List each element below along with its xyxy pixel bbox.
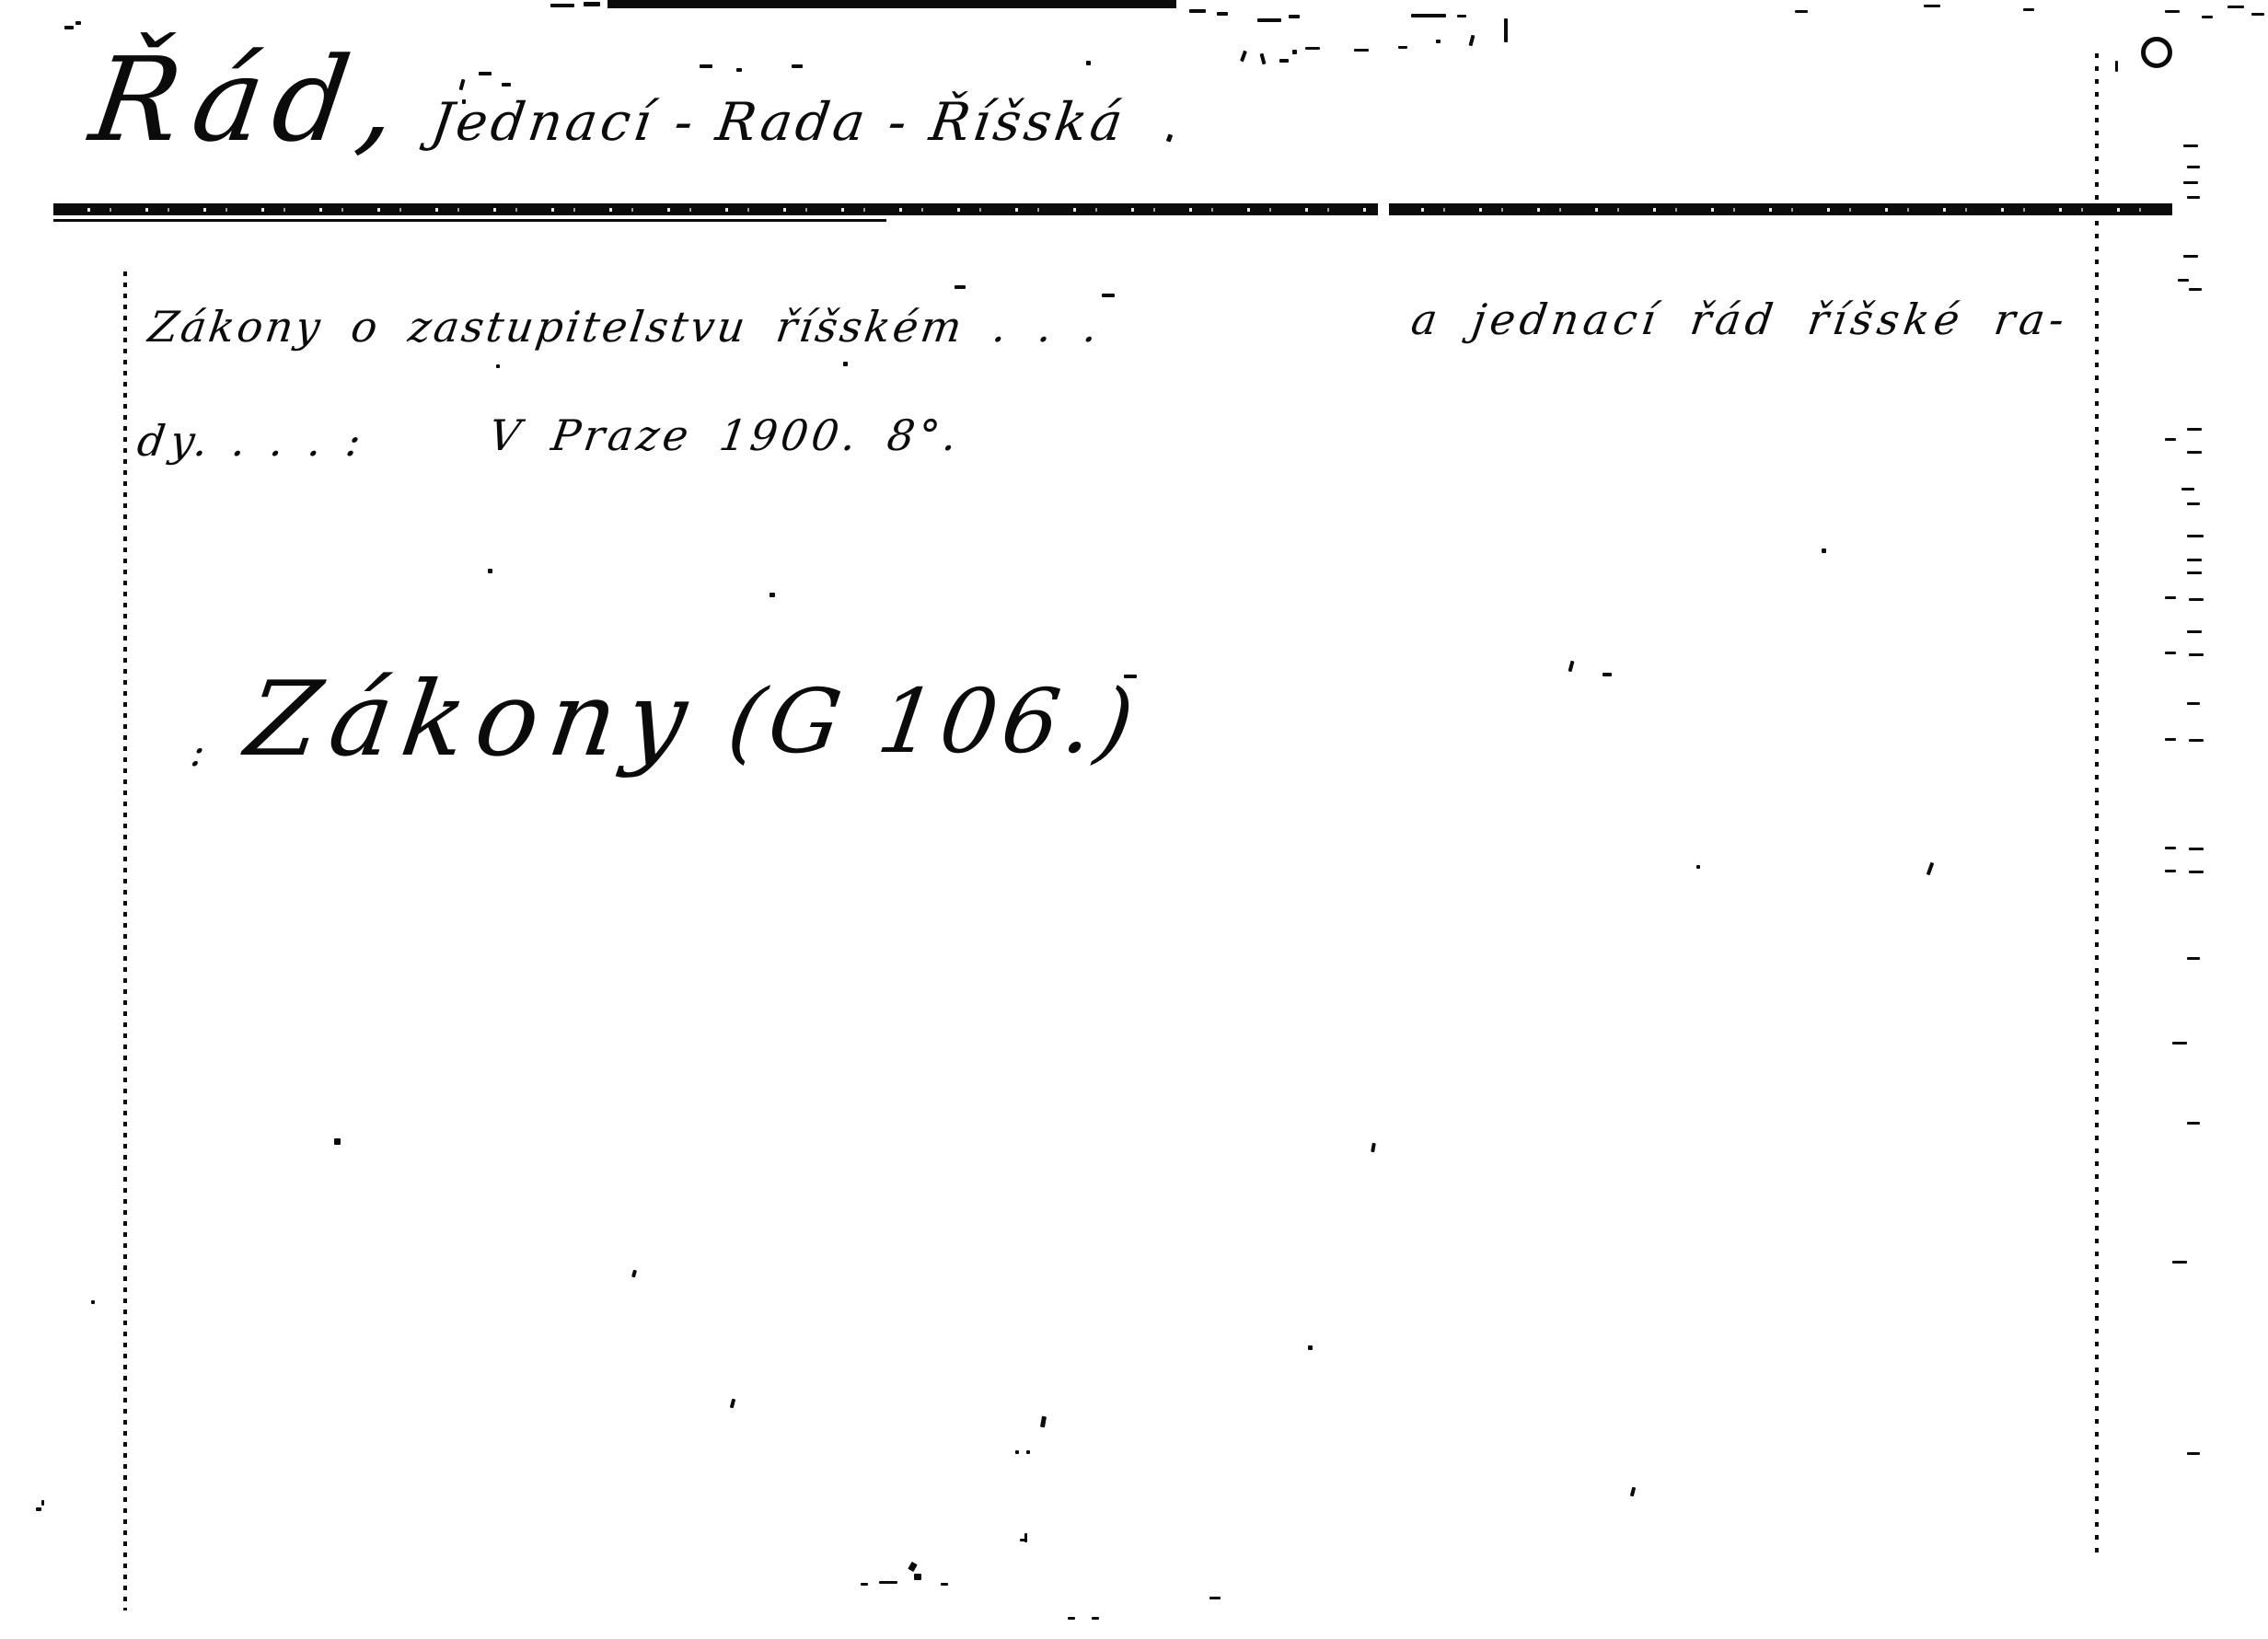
right-dotted-rule bbox=[2095, 53, 2099, 1557]
speck bbox=[2189, 598, 2204, 601]
speck bbox=[1040, 1416, 1047, 1428]
speck bbox=[2178, 279, 2189, 282]
speck bbox=[488, 569, 492, 573]
speck bbox=[2189, 871, 2204, 873]
heading-term: Řád, bbox=[85, 42, 415, 158]
speck bbox=[2165, 847, 2176, 849]
speck bbox=[1024, 1533, 1027, 1542]
speck bbox=[631, 1270, 637, 1278]
speck bbox=[2187, 451, 2202, 454]
speck bbox=[2165, 652, 2176, 654]
speck bbox=[1217, 12, 1228, 16]
speck bbox=[2189, 288, 2202, 291]
speck bbox=[2189, 739, 2204, 742]
speck bbox=[2187, 571, 2202, 574]
speck bbox=[1822, 548, 1826, 553]
speck bbox=[1257, 18, 1281, 22]
catalog-card: Řád, Jednací - Rada - Říšská Zákony o za… bbox=[0, 0, 2268, 1639]
speck bbox=[2187, 196, 2200, 199]
hole-punch-mark bbox=[2141, 37, 2172, 68]
speck bbox=[1292, 50, 1297, 54]
speck bbox=[730, 1399, 735, 1409]
speck bbox=[2023, 8, 2034, 11]
speck bbox=[700, 64, 712, 68]
call-title: Zákony bbox=[241, 668, 704, 771]
speck bbox=[2187, 702, 2200, 705]
speck bbox=[1411, 14, 1446, 17]
speck bbox=[1630, 1487, 1636, 1497]
speck bbox=[1371, 1143, 1376, 1153]
speck bbox=[1166, 133, 1173, 142]
speck bbox=[2165, 438, 2176, 441]
speck bbox=[91, 1300, 95, 1304]
speck bbox=[2187, 535, 2204, 537]
heading-qualifier: Jednací - Rada - Říšská bbox=[428, 97, 1129, 149]
speck bbox=[1924, 5, 1940, 7]
call-shelfmark: (G 106.) bbox=[723, 677, 1144, 766]
speck bbox=[2183, 181, 2198, 184]
speck bbox=[2187, 630, 2202, 633]
heading-rule-gap bbox=[1378, 202, 1389, 217]
speck bbox=[2227, 6, 2244, 8]
speck bbox=[64, 26, 74, 29]
speck bbox=[36, 1507, 41, 1511]
speck bbox=[1457, 15, 1466, 17]
speck bbox=[2187, 1122, 2200, 1125]
entry-line2-left: dy. . . . : bbox=[134, 416, 369, 466]
speck bbox=[75, 21, 81, 25]
speck bbox=[2187, 559, 2202, 561]
speck bbox=[879, 1581, 897, 1584]
speck bbox=[2172, 1042, 2187, 1045]
speck bbox=[2187, 502, 2200, 505]
speck bbox=[479, 72, 492, 75]
speck bbox=[2183, 255, 2198, 258]
speck bbox=[1504, 18, 1508, 42]
speck bbox=[1092, 1617, 1099, 1620]
speck bbox=[462, 99, 466, 104]
speck bbox=[2202, 16, 2213, 18]
call-number-line: : Zákony (G 106.) bbox=[188, 668, 1145, 776]
speck bbox=[1305, 47, 1320, 50]
speck bbox=[1469, 35, 1475, 47]
heading-rule-thin bbox=[53, 219, 886, 222]
speck bbox=[502, 83, 511, 87]
scan-edge-band bbox=[607, 0, 1176, 8]
speck bbox=[2189, 653, 2204, 656]
speck bbox=[2165, 10, 2180, 13]
card-heading: Řád, Jednací - Rada - Říšská bbox=[85, 42, 1137, 158]
speck bbox=[2187, 166, 2200, 168]
speck bbox=[496, 364, 500, 368]
speck bbox=[736, 68, 742, 72]
speck bbox=[2187, 428, 2202, 431]
speck bbox=[2115, 61, 2118, 72]
speck bbox=[1068, 1617, 1075, 1620]
speck bbox=[908, 1562, 918, 1572]
speck bbox=[41, 1500, 44, 1506]
speck bbox=[2181, 488, 2194, 491]
speck bbox=[1795, 10, 1808, 13]
speck bbox=[2189, 848, 2204, 850]
speck bbox=[2187, 1452, 2200, 1455]
speck bbox=[2251, 13, 2264, 16]
speck bbox=[1289, 15, 1300, 18]
speck bbox=[1124, 675, 1137, 678]
speck bbox=[1026, 1450, 1030, 1454]
speck bbox=[334, 1138, 341, 1145]
speck bbox=[1696, 865, 1700, 869]
speck bbox=[2165, 870, 2176, 872]
speck bbox=[914, 1574, 921, 1580]
speck bbox=[843, 362, 848, 366]
speck bbox=[955, 285, 966, 289]
speck bbox=[1927, 862, 1935, 876]
speck bbox=[1568, 661, 1575, 673]
speck bbox=[861, 1583, 868, 1586]
speck bbox=[2165, 738, 2176, 741]
speck bbox=[1603, 673, 1612, 676]
speck bbox=[1086, 61, 1091, 65]
speck bbox=[2183, 144, 2198, 147]
speck bbox=[1260, 53, 1267, 65]
speck bbox=[1436, 40, 1441, 43]
call-prefix-mark: : bbox=[188, 729, 208, 776]
speck bbox=[1279, 59, 1289, 63]
left-dotted-rule bbox=[123, 271, 127, 1610]
speck bbox=[2172, 1261, 2187, 1264]
speck bbox=[1354, 49, 1369, 52]
heading-rule bbox=[53, 203, 2172, 215]
entry-line2-imprint: V Praze 1900. 8°. bbox=[486, 410, 964, 460]
speck bbox=[792, 64, 803, 68]
speck bbox=[1308, 1345, 1313, 1350]
speck bbox=[1015, 1450, 1019, 1454]
speck bbox=[1209, 1597, 1221, 1599]
speck bbox=[550, 4, 574, 7]
speck bbox=[941, 1583, 948, 1586]
entry-line1-left: Zákony o zastupitelstvu říšském . . . bbox=[145, 302, 1104, 352]
speck bbox=[1398, 46, 1407, 49]
speck bbox=[1189, 9, 1206, 13]
speck bbox=[2187, 957, 2200, 960]
speck bbox=[1102, 294, 1115, 297]
entry-line1-right: a jednací řád říšské ra- bbox=[1408, 294, 2072, 344]
speck bbox=[1240, 51, 1247, 63]
speck bbox=[769, 593, 775, 597]
speck bbox=[584, 2, 600, 6]
speck bbox=[2165, 596, 2176, 599]
